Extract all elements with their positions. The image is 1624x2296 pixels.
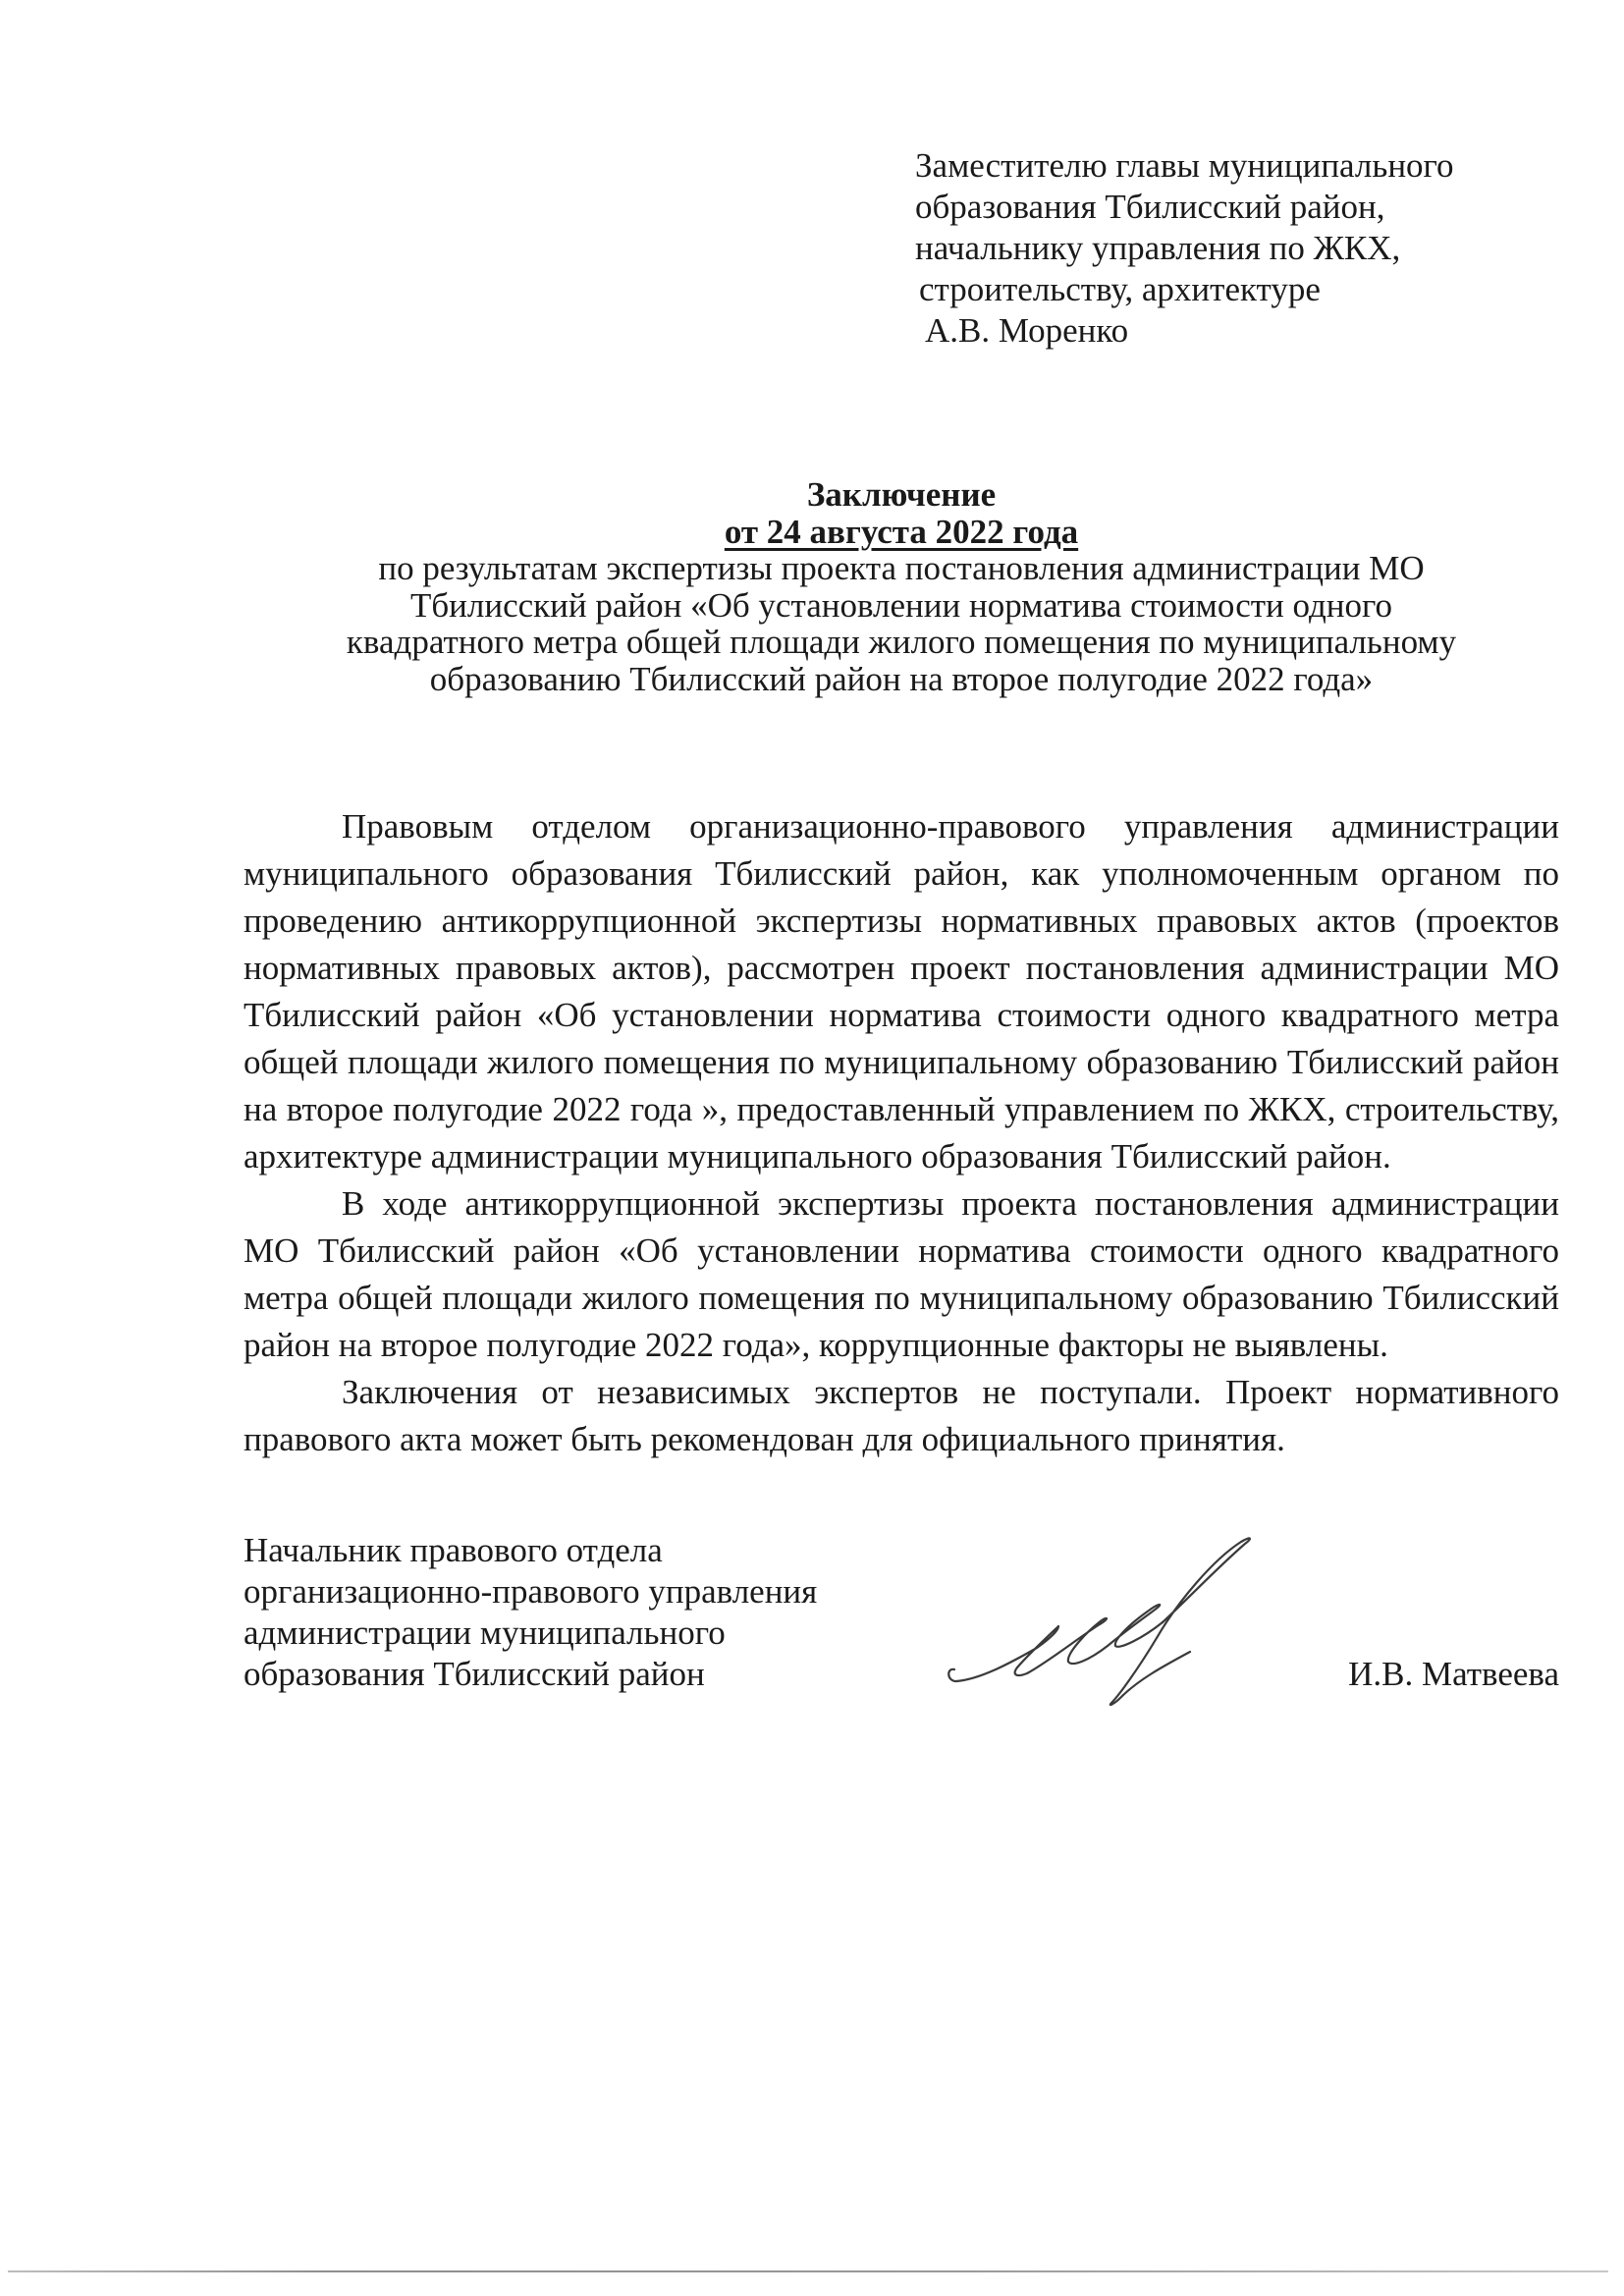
addressee-line: образования Тбилисский район, [915, 187, 1543, 228]
body-paragraph: Правовым отделом организационно-правовог… [244, 803, 1559, 1180]
document-subject: по результатам экспертизы проекта постан… [244, 550, 1559, 697]
addressee-line: начальнику управления по ЖКХ, [915, 228, 1543, 269]
document-date: от 24 августа 2022 года [725, 513, 1078, 551]
addressee-block: Заместителю главы муниципального образов… [915, 145, 1543, 352]
handwritten-signature-icon [921, 1530, 1255, 1726]
signer-position-line: образования Тбилисский район [244, 1654, 817, 1695]
subject-line: образованию Тбилисский район на второе п… [244, 661, 1559, 698]
subject-line: Тбилисский район «Об установлении нормат… [244, 587, 1559, 625]
document-heading: Заключение от 24 августа 2022 года по ре… [244, 476, 1559, 697]
addressee-line: строительству, архитектуре [915, 269, 1543, 310]
signer-position-line: Начальник правового отдела [244, 1530, 817, 1571]
body-paragraph: В ходе антикоррупционной экспертизы прое… [244, 1180, 1559, 1369]
subject-line: по результатам экспертизы проекта постан… [244, 550, 1559, 587]
subject-line: квадратного метра общей площади жилого п… [244, 624, 1559, 661]
document-page: Заместителю главы муниципального образов… [0, 0, 1624, 2296]
document-title: Заключение [244, 476, 1559, 514]
signature-block: Начальник правового отдела организационн… [244, 1530, 1559, 1707]
addressee-name: А.В. Моренко [915, 310, 1543, 352]
addressee-line: Заместителю главы муниципального [915, 145, 1543, 187]
body-paragraph: Заключения от независимых экспертов не п… [244, 1369, 1559, 1463]
scan-edge-divider [8, 2270, 1608, 2272]
signer-position: Начальник правового отдела организационн… [244, 1530, 817, 1695]
signer-name: И.В. Матвеева [1348, 1654, 1559, 1695]
signer-position-line: организационно-правового управления [244, 1571, 817, 1613]
document-body: Правовым отделом организационно-правовог… [244, 803, 1559, 1463]
signer-position-line: администрации муниципального [244, 1613, 817, 1654]
